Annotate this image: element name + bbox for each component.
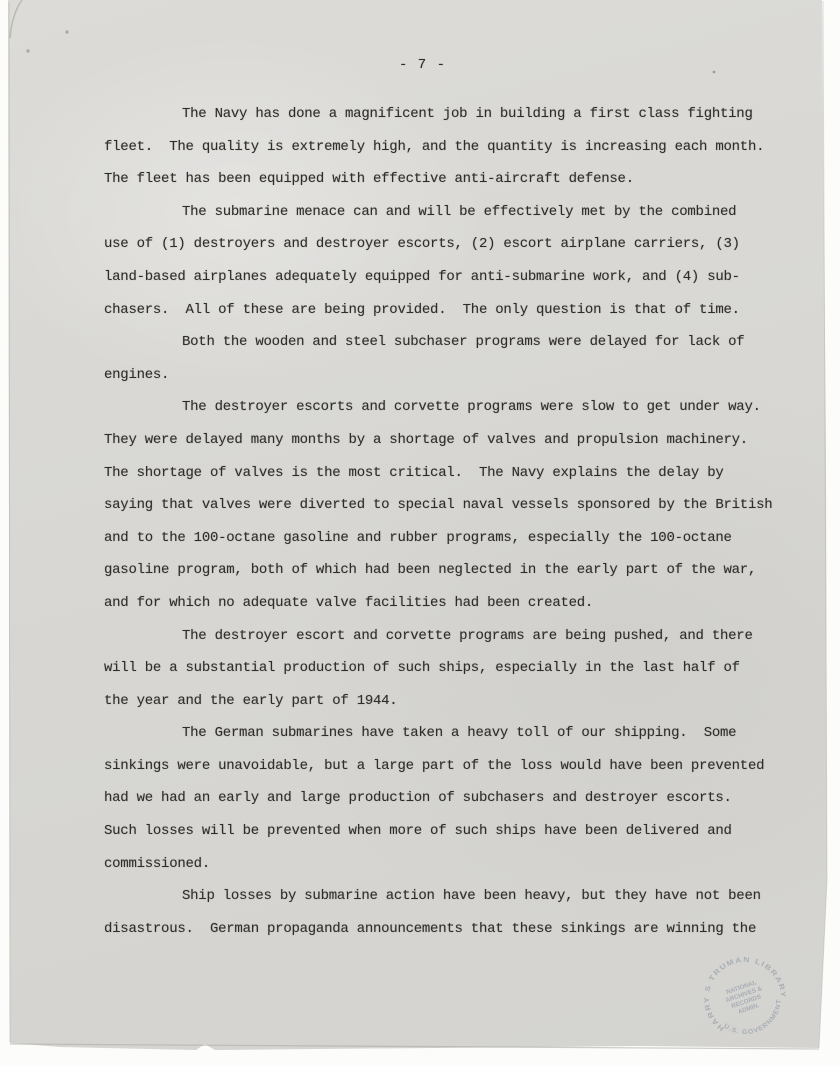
text-line: had we had an early and large production… — [104, 788, 794, 821]
text-line: disastrous. German propaganda announceme… — [104, 919, 794, 952]
text-line: commissioned. — [104, 854, 794, 887]
text-line: fleet. The quality is extremely high, an… — [104, 137, 794, 170]
text-line: The German submarines have taken a heavy… — [104, 723, 794, 756]
text-line: chasers. All of these are being provided… — [104, 300, 794, 333]
text-line: engines. — [104, 365, 794, 398]
text-line: and for which no adequate valve faciliti… — [104, 593, 794, 626]
text-line: saying that valves were diverted to spec… — [104, 495, 794, 528]
text-line: The Navy has done a magnificent job in b… — [104, 104, 794, 137]
text-line: The submarine menace can and will be eff… — [104, 202, 794, 235]
text-line: Ship losses by submarine action have bee… — [104, 886, 794, 919]
text-line: The destroyer escorts and corvette progr… — [104, 397, 794, 430]
text-line: the year and the early part of 1944. — [104, 691, 794, 724]
page-number: - 7 - — [399, 57, 446, 73]
text-line: Such losses will be prevented when more … — [104, 821, 794, 854]
text-line: The fleet has been equipped with effecti… — [104, 169, 794, 202]
text-line: will be a substantial production of such… — [104, 658, 794, 691]
text-line: land-based airplanes adequately equipped… — [104, 267, 794, 300]
scanned-page: - 7 - The Navy has done a magnificent jo… — [0, 0, 840, 1066]
text-line: The shortage of valves is the most criti… — [104, 463, 794, 496]
text-line: and to the 100-octane gasoline and rubbe… — [104, 528, 794, 561]
text-line: use of (1) destroyers and destroyer esco… — [104, 234, 794, 267]
text-line: sinkings were unavoidable, but a large p… — [104, 756, 794, 789]
text-line: The destroyer escort and corvette progra… — [104, 626, 794, 659]
document-body: The Navy has done a magnificent job in b… — [104, 104, 794, 951]
text-line: gasoline program, both of which had been… — [104, 560, 794, 593]
text-line: Both the wooden and steel subchaser prog… — [104, 332, 794, 365]
text-line: They were delayed many months by a short… — [104, 430, 794, 463]
